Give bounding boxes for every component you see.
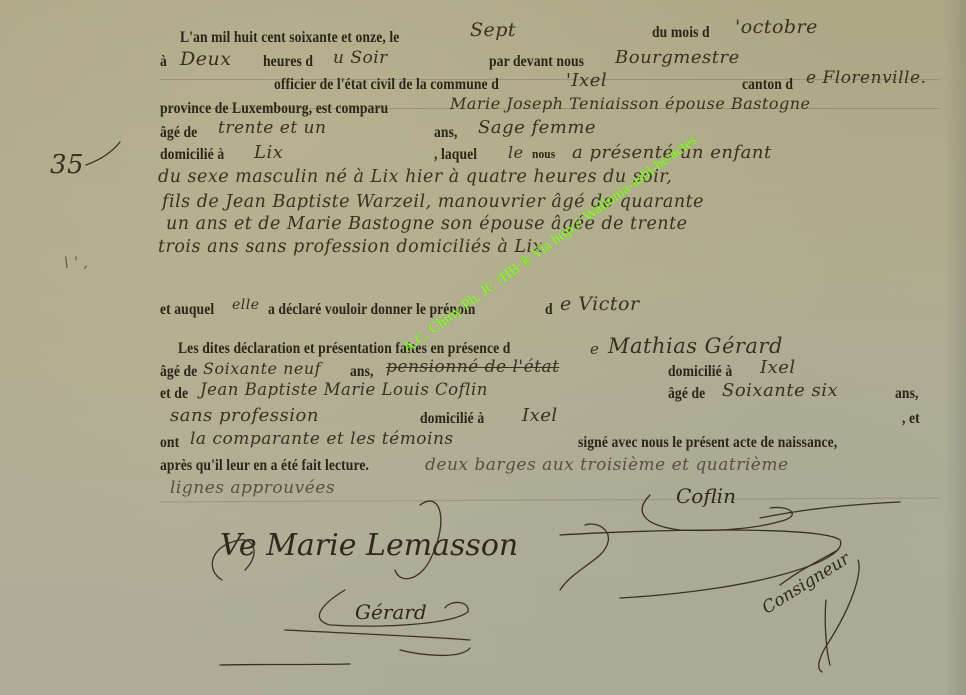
- signature-flourishes: [0, 0, 966, 695]
